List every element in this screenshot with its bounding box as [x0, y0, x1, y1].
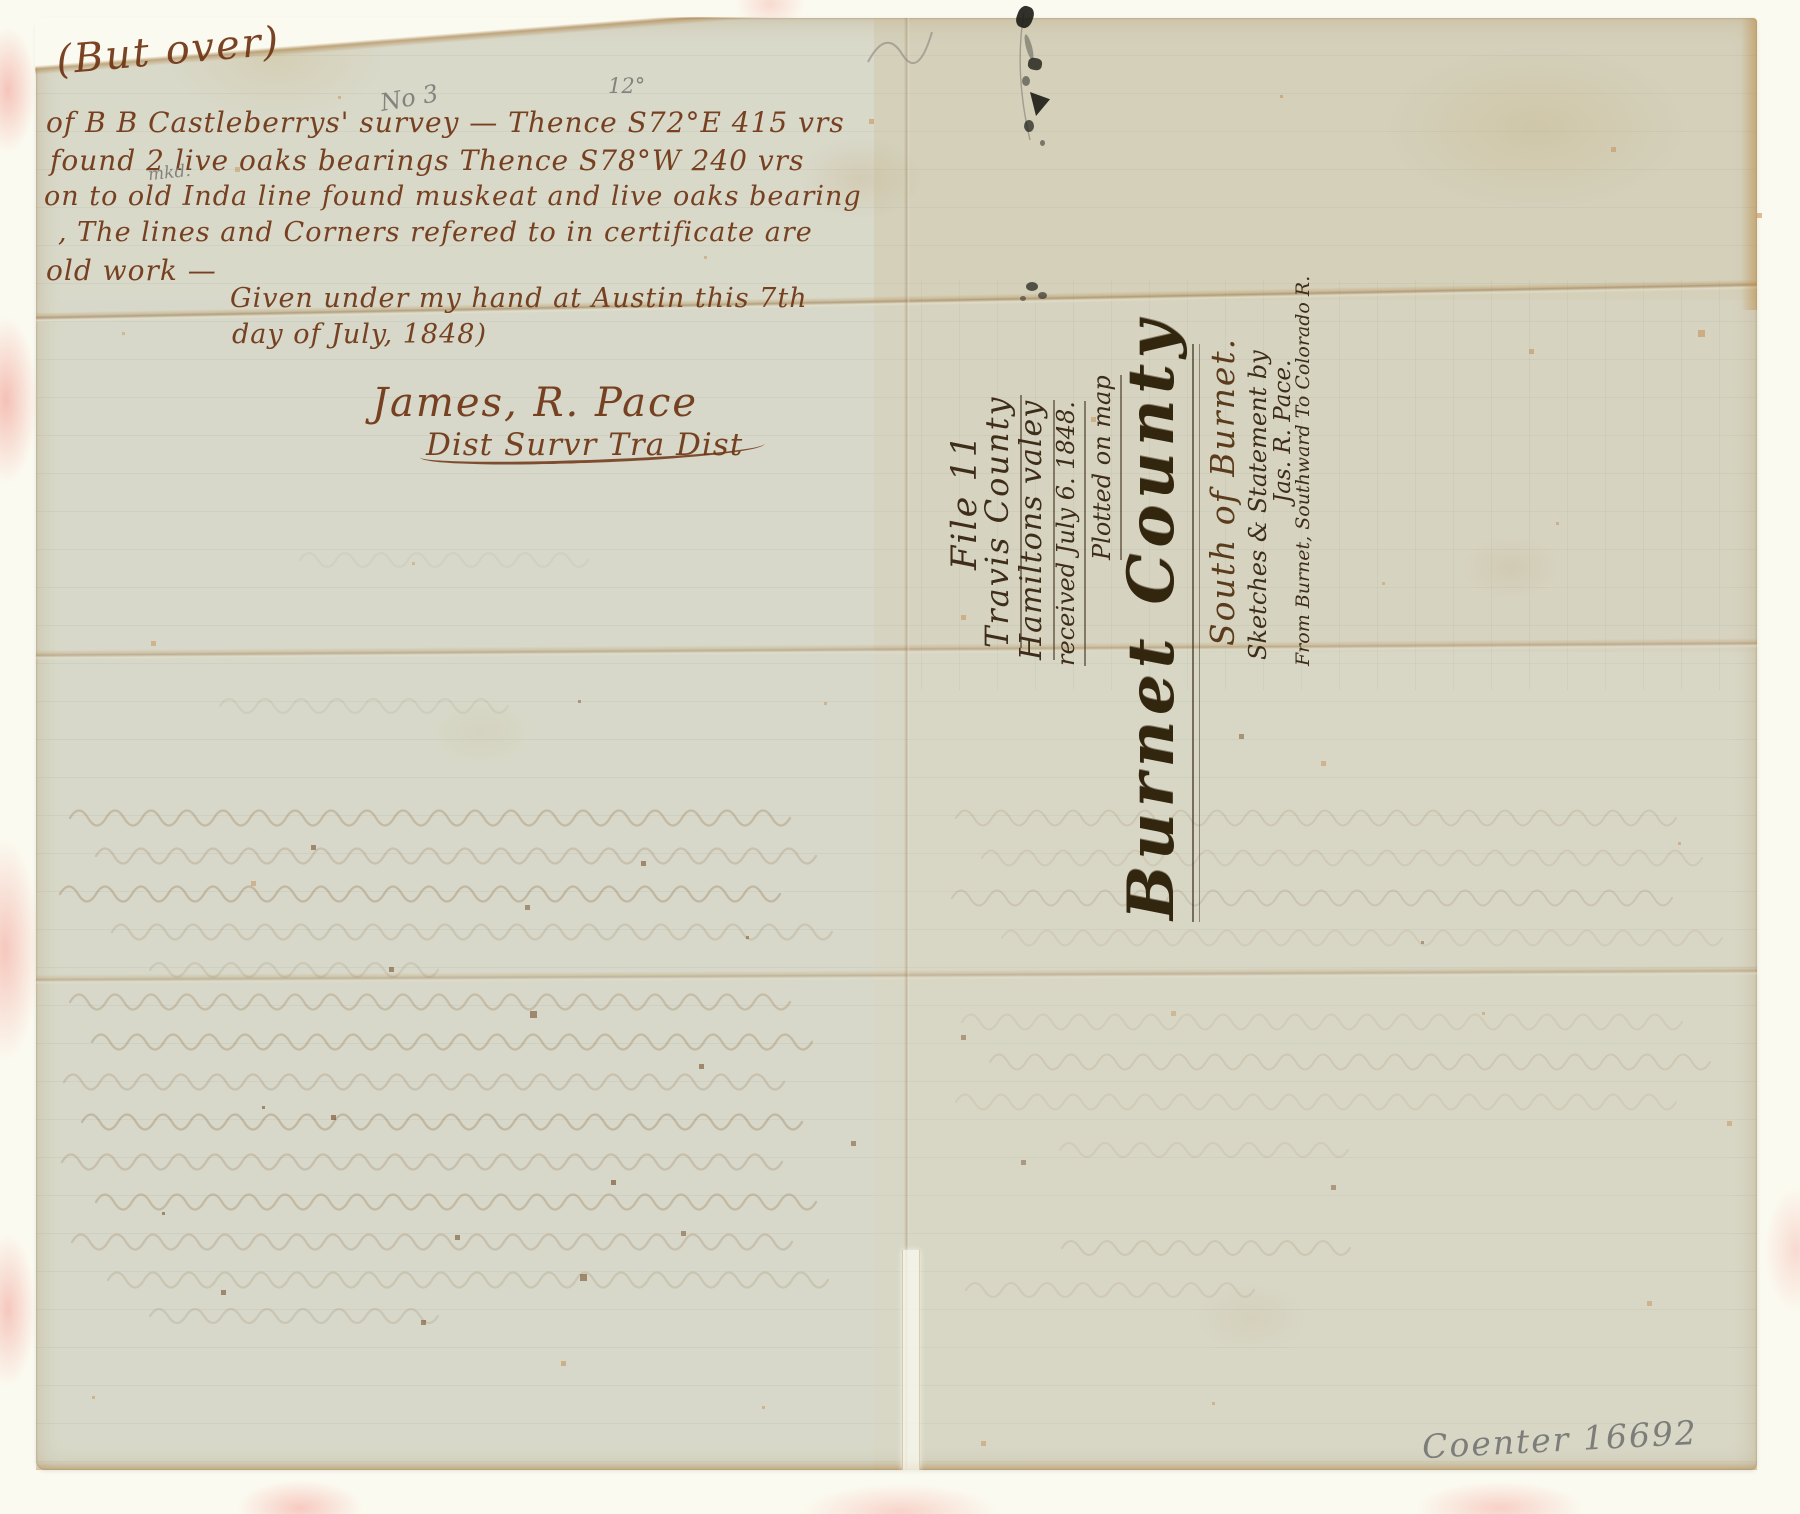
pencil-annotation-degrees: 12° [608, 74, 645, 98]
ink-smudge [1038, 292, 1047, 299]
docket-received-date: received July 6. 1848. [1053, 401, 1086, 666]
handwritten-line-3: on to old Inda line found muskeat and li… [44, 181, 862, 212]
document-scan: (But over) of B B Castleberrys' survey —… [0, 0, 1800, 1514]
docket-double-rule [1192, 344, 1200, 922]
ink-smudge [1040, 140, 1045, 146]
ink-smudge [1026, 282, 1038, 291]
ink-smudge [1022, 76, 1030, 86]
docket-title: Burnet County [1116, 315, 1188, 920]
handwritten-line-4: , The lines and Corners refered to in ce… [58, 217, 813, 248]
paper-edge-bottom-browning [36, 1461, 1757, 1470]
docket-contents: Sketches & Statement by [1245, 350, 1272, 660]
closing-line-1: Given under my hand at Austin this 7th [230, 283, 808, 314]
ink-smudge [1020, 296, 1026, 301]
docket-locality: Hamiltons valey [1015, 400, 1055, 660]
docket-location: South of Burnet. [1205, 337, 1242, 646]
closing-line-2: day of July, 1848) [232, 319, 487, 350]
paper-edge-right-browning [1741, 18, 1757, 310]
signature-name: James, R. Pace [372, 380, 698, 426]
ink-smudge [1024, 120, 1034, 132]
docket-route: From Burnet, Southward To Colorado R. [1293, 276, 1314, 666]
ink-specks [0, 0, 3, 3]
handwritten-line-1: of B B Castleberrys' survey — Thence S72… [46, 106, 845, 139]
page-gap-bottom [902, 1250, 920, 1470]
handwritten-line-5: old work — [46, 254, 217, 287]
